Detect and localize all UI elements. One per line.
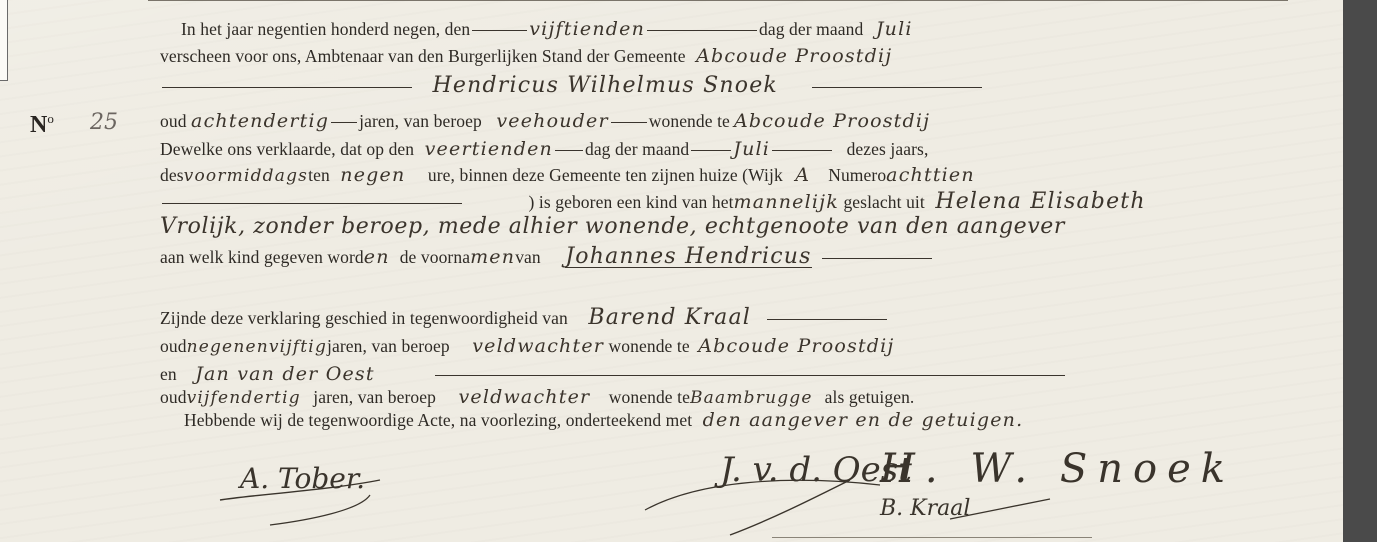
bottom-rule [772,537,1092,538]
signature-witness2-flourish [640,450,920,540]
hw-wijk: A [795,165,810,185]
hw-municipality: Abcoude Proostdij [696,46,892,66]
line-date-of-declaration: In het jaar negentien honderd negen, den… [181,19,913,39]
signature-official-flourish [210,470,410,530]
signature-witness1-flourish [940,495,1060,525]
certificate-number: 25 [90,110,118,135]
line-mother-details: Vrolijk, zonder beroep, mede alhier wone… [160,217,1065,237]
hw-witness2-residence: Baambrugge [690,388,813,408]
hw-declarant-age: achtendertig [191,111,329,131]
hw-mother-details: Vrolijk, zonder beroep, mede alhier wone… [160,217,1065,237]
certificate-number-label: No [30,111,54,139]
line-witness-2-details: oudvijfendertig jaren, van beroep veldwa… [160,387,914,408]
document-scan: No 25 In het jaar negentien honderd nege… [0,0,1343,542]
hw-birth-hour: negen [340,165,405,185]
hw-witness1-name: Barend Kraal [588,308,751,328]
line-child-names: aan welk kind gegeven wordende voornamen… [160,247,934,268]
signature-declarant: H. W. Snoek [880,446,1235,492]
hw-numero: achttien [886,165,975,185]
hw-declarant-residence: Abcoude Proostdij [734,111,930,131]
line-birth-time-place: desvoormiddagsten negen ure, binnen deze… [160,165,975,186]
hw-closing: den aangever en de getuigen. [703,410,1024,430]
hw-declarant-occupation: veehouder [496,111,608,131]
hw-birth-day: veertienden [425,139,553,159]
hw-witness2-name: Jan van der Oest [195,364,375,384]
line-closing: Hebbende wij de tegenwoordige Acte, na v… [184,410,1023,430]
line-child-sex-mother: ) is geboren een kind van hetmannelijk g… [160,192,1146,212]
hw-witness1-residence: Abcoude Proostdij [698,336,894,356]
hw-mother-name: Helena Elisabeth [935,192,1145,212]
line-registrar: verscheen voor ons, Ambtenaar van den Bu… [160,46,892,66]
hw-child-names: Johannes Hendricus [565,247,811,268]
hw-child-sex: mannelijk [734,192,839,212]
hw-daypart: voormiddags [184,166,308,186]
hw-declaration-day: vijftienden [529,19,645,39]
viewer-frame [1343,0,1377,542]
line-declarant-details: oud achtendertigjaren, van beroep veehou… [160,111,930,131]
hw-witness2-age: vijfendertig [187,388,301,408]
hw-witness1-occupation: veldwachter [472,336,604,356]
line-witness-2: en Jan van der Oest [160,364,1067,384]
hw-witness1-age: negenenvijftig [187,337,327,357]
corner-box [0,0,8,81]
line-witness-1: Zijnde deze verklaring geschied in tegen… [160,308,889,328]
hw-declarant-name: Hendricus Wilhelmus Snoek [432,76,777,96]
hw-declaration-month: Juli [876,19,913,39]
hw-witness2-occupation: veldwachter [458,387,590,407]
top-rule [148,0,1288,2]
hw-birth-month: Juli [733,139,770,159]
line-witness-1-details: oudnegenenvijftigjaren, van beroep veldw… [160,336,895,357]
line-declarant: Hendricus Wilhelmus Snoek [160,76,984,96]
line-birth-date: Dewelke ons verklaarde, dat op den veert… [160,139,928,159]
